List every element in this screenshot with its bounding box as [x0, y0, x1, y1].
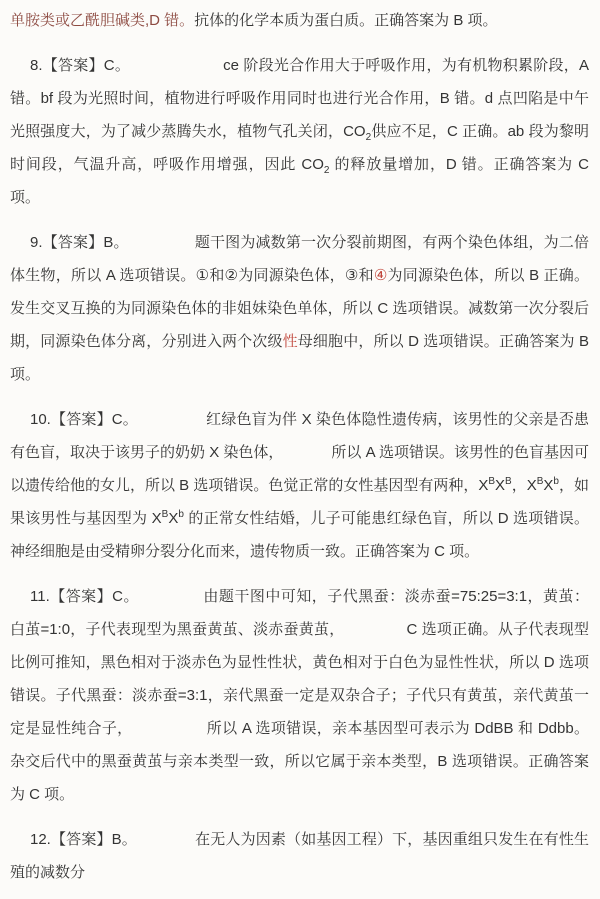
paragraph-answer-9: 9.【答案】B。题干图为减数第一次分裂前期图，有两个染色体组，为二倍体生物，所以…	[10, 226, 589, 391]
text-run: X	[543, 477, 553, 494]
highlighted-text-run: 性	[283, 333, 298, 350]
superscript-text: B	[505, 476, 512, 487]
text-run: 8.【答案】C。	[30, 57, 130, 74]
text-run: X	[168, 510, 178, 527]
highlighted-text-run: ④	[374, 267, 388, 284]
text-run: 11.【答案】C。	[30, 588, 139, 605]
text-run: 10.【答案】C。	[30, 411, 138, 428]
highlighted-text-run: 单胺类或乙酰胆碱类,D 错。	[10, 12, 194, 29]
paragraph-continuation-top: 单胺类或乙酰胆碱类,D 错。抗体的化学本质为蛋白质。正确答案为 B 项。	[10, 4, 589, 37]
text-run: 12.【答案】B。	[30, 831, 137, 848]
answer-key-document: 单胺类或乙酰胆碱类,D 错。抗体的化学本质为蛋白质。正确答案为 B 项。8.【答…	[0, 0, 600, 899]
paragraph-answer-10: 10.【答案】C。红绿色盲为伴 X 染色体隐性遗传病，该男性的父亲是否患有色盲，…	[10, 403, 589, 568]
paragraph-answer-8: 8.【答案】C。ce 阶段光合作用大于呼吸作用，为有机物积累阶段，A 错。bf …	[10, 49, 589, 214]
text-run: ，X	[512, 477, 537, 494]
text-run: 9.【答案】B。	[30, 234, 129, 251]
document-body: 单胺类或乙酰胆碱类,D 错。抗体的化学本质为蛋白质。正确答案为 B 项。8.【答…	[10, 4, 589, 889]
paragraph-answer-11: 11.【答案】C。由题干图中可知，子代黑蚕：淡赤蚕=75:25=3:1，黄茧：白…	[10, 580, 589, 811]
paragraph-answer-12: 12.【答案】B。在无人为因素（如基因工程）下，基因重组只发生在有性生殖的减数分	[10, 823, 589, 889]
text-run: 抗体的化学本质为蛋白质。正确答案为 B 项。	[194, 12, 497, 29]
text-run: X	[495, 477, 505, 494]
